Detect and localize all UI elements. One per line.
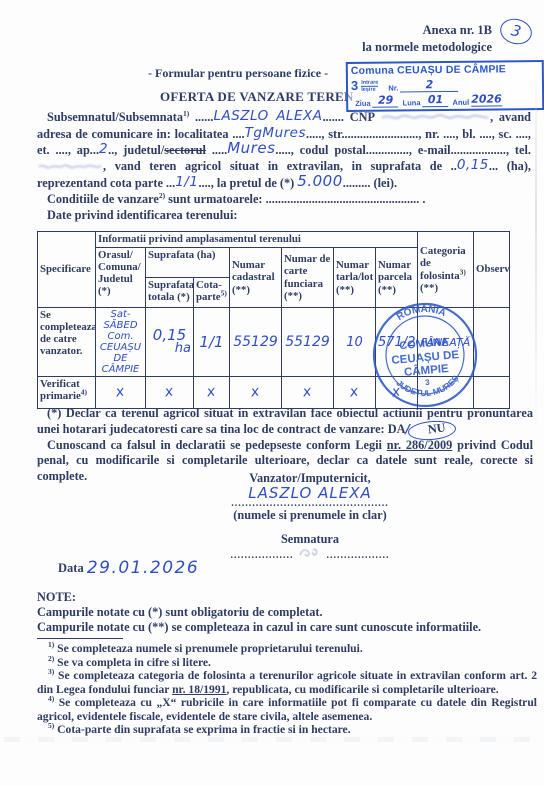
scan-artifact-right-edge <box>535 60 537 440</box>
apartment-handwritten: 2 <box>99 141 108 157</box>
registry-stamp-side-number: 3 <box>351 78 358 93</box>
registry-stamp-commune: Comuna CEUAȘU DE CÂMPIE <box>351 63 539 77</box>
dots: ..... <box>212 143 227 157</box>
col-header-cadastral: Numar cadastral (**) <box>230 248 282 308</box>
annex-line2: la normele metodologice <box>362 39 492 56</box>
seller-row-label: Se completeaza de catre vanzator. <box>38 308 96 377</box>
dots: ........................................… <box>120 500 500 508</box>
dots: .... <box>198 176 210 190</box>
registry-stamp-number-row: 3 Intrare Ieșire Nr. 2 <box>351 76 539 93</box>
cnp-redacted-scribble <box>380 111 490 125</box>
footnote-3: 3) Se completeaza categoria de folosinta… <box>37 669 537 696</box>
annex-number-handwritten: 3 <box>497 16 534 48</box>
col-header-suprafata: Suprafata (ha) <box>146 248 230 278</box>
col-header-specificare: Specificare <box>38 232 96 308</box>
col-header-categoria: Categoria de folosinta3) (**) <box>418 232 474 308</box>
footnote-ref-1: 1) <box>183 109 189 118</box>
dots: .................. <box>451 143 506 157</box>
cell-suprafata-value: 0,15 ha <box>146 308 194 377</box>
col-header-suprafata-totala: Suprafata totala (*) <box>146 278 194 308</box>
county-handwritten: Mures <box>227 139 275 157</box>
dots: ........................ <box>345 127 419 141</box>
intro-cod-postal: , codul postal <box>291 143 366 157</box>
footnote-5: 5) Cota-parte din suprafata se exprima i… <box>37 723 537 737</box>
intro-vand-teren: , vand teren agricol situat in extravila… <box>103 159 442 173</box>
registry-stamp-anul-label: Anul <box>452 98 469 107</box>
name-clar-label: (numele si prenumele in clar) <box>120 508 500 522</box>
intro-subsemnatul: Subsemnatul/Subsemnata <box>47 110 183 124</box>
scan-artifact-bottom-streak <box>4 737 540 742</box>
footnote-ref-4: 4) <box>81 387 87 396</box>
registry-stamp-luna-label: Luna <box>403 98 421 107</box>
date-label: Data <box>58 561 84 575</box>
intro-email: , e-mail <box>409 143 451 157</box>
notes-line2: Campurile notate cu (**) se completeaza … <box>37 621 531 635</box>
registry-stamp-anul-value: 2026 <box>471 92 502 105</box>
registry-stamp-ziua-label: Ziua <box>355 99 371 108</box>
semnatura-label: Semnatura <box>120 532 500 546</box>
notes-line1: Campurile notate cu (*) sunt obligatoriu… <box>37 606 531 620</box>
cnp-label: CNP <box>350 110 375 124</box>
conditions-line: Conditiile de vanzare2) sunt urmatoarele… <box>37 192 531 208</box>
intro-pret: , la pretul de (*) <box>211 176 294 190</box>
intro-paragraph: Subsemnatul/Subsemnata1) ......LASZLO AL… <box>37 110 531 192</box>
dots: .. <box>451 159 457 173</box>
footnote-ref-5: 5) <box>221 288 227 297</box>
seller-name-handwritten: LASZLO ALEXA <box>213 108 322 124</box>
dots: ..... <box>275 143 290 157</box>
check-cota: x <box>194 377 230 409</box>
share-handwritten: 1/1 <box>175 174 198 190</box>
notes-section: NOTE: Campurile notate cu (*) sunt oblig… <box>37 590 531 634</box>
registry-stamp-nr-label: Nr. <box>388 83 398 92</box>
footnote-2: 2) Se va completa in cifre si litere. <box>37 656 537 670</box>
footnote-ref-3: 3) <box>460 267 466 276</box>
conditions-label: Conditiile de vanzare <box>47 192 159 206</box>
registry-stamp-nr-value: 2 <box>425 78 433 91</box>
annex-line1: Anexa nr. 1B <box>362 22 492 39</box>
date-value-handwritten: 29.01.2026 <box>87 558 199 578</box>
intro-tel: , tel. <box>506 143 531 157</box>
cell-cota-value: 1/1 <box>194 308 230 377</box>
cell-cadastral-value: 55129 <box>230 308 282 377</box>
col-header-orasul: Orasul/ Comuna/ Judetul (*) <box>96 248 146 308</box>
check-orasul: x <box>96 377 146 409</box>
footnotes-section: 1) Se completeaza numele si prenumele pr… <box>37 642 537 737</box>
stamp-number: 3 <box>425 378 431 387</box>
check-carte-funciara: x <box>282 377 334 409</box>
price-handwritten: 5.000 <box>297 172 342 190</box>
check-suprafata: x <box>146 377 194 409</box>
verification-row-label: Verificat primarie4) <box>38 377 96 409</box>
intro-str: , str. <box>321 127 344 141</box>
dots: ... <box>166 176 175 190</box>
conditions-period: . <box>419 192 425 206</box>
footnote-separator <box>37 638 123 639</box>
da-option: DA <box>388 422 406 436</box>
intro-judetul: , judetul/ <box>114 143 164 157</box>
land-data-heading: Date privind identificarea terenului: <box>37 208 531 224</box>
phone-redacted-scribble <box>37 160 103 174</box>
seller-role-label: Vanzator/Imputernicit, <box>120 471 500 485</box>
footnote-4: 4) Se completeaza cu „X“ rubricile in ca… <box>37 696 537 723</box>
sectorul-struck: sectorul <box>164 143 206 157</box>
annex-heading: Anexa nr. 1B la normele metodologice <box>362 22 492 56</box>
dots: .............. <box>366 143 409 157</box>
form-type-label: - Formular pentru persoane fizice - <box>148 66 328 81</box>
signature-section: Vanzator/Imputernicit, LASZLO ALEXA ....… <box>120 471 500 560</box>
registry-stamp-ziua-value: 29 <box>378 94 393 107</box>
col-header-amplasament: Informatii privind amplasamentul terenul… <box>96 232 418 248</box>
check-cadastral: x <box>230 377 282 409</box>
intro-section: Subsemnatul/Subsemnata1) ......LASZLO AL… <box>37 110 531 223</box>
scanned-form-page: Anexa nr. 1B la normele metodologice 3 -… <box>0 0 544 786</box>
col-header-tarla: Numar tarla/lot (**) <box>334 248 376 308</box>
dots: ...... <box>195 110 213 124</box>
law-18-1991: nr. 18/1991 <box>172 683 226 696</box>
col-header-observatii: Observatii <box>474 232 510 308</box>
col-header-carte-funciara: Numar de carte funciara (**) <box>282 248 334 308</box>
commune-round-stamp: ROMÂNIA JUDEȚUL MUREȘ COMUNA CEUAȘU DE C… <box>366 296 483 413</box>
dots: ... <box>489 159 498 173</box>
notes-title: NOTE: <box>37 591 531 605</box>
registry-stamp-iesire: Ieșire <box>361 87 378 93</box>
registry-stamp-luna-value: 01 <box>428 93 443 106</box>
registry-entry-stamp: Comuna CEUAȘU DE CÂMPIE 3 Intrare Ieșire… <box>346 60 544 112</box>
registry-stamp-date-row: Ziua 29 Luna 01 Anul 2026 <box>351 92 539 108</box>
cell-orasul-value: Sat-SĂBED Com. CEUAȘU DE CÂMPIE <box>96 308 146 377</box>
cell-carte-funciara-value: 55129 <box>282 308 334 377</box>
dots: ........................................… <box>266 192 420 206</box>
check-tarla: x <box>334 377 376 409</box>
date-line: Data 29.01.2026 <box>58 557 199 577</box>
declaration-line: (*) Declar ca terenul agricol situat in … <box>37 406 533 438</box>
col-header-cota-parte: Cota-parte5) <box>194 278 230 308</box>
signature-scribble <box>297 550 323 561</box>
footnote-1: 1) Se completeaza numele si prenumele pr… <box>37 642 537 656</box>
intro-lei: (lei). <box>374 176 398 190</box>
surface-handwritten: 0,15 <box>457 157 489 173</box>
dots: ..... <box>306 127 321 141</box>
registry-stamp-inout: Intrare Ieșire <box>361 80 378 93</box>
col-header-parcela: Numar parcela (**) <box>376 248 418 308</box>
form-title: OFERTA DE VANZARE TEREN <box>160 89 354 105</box>
dots: ......... <box>343 176 371 190</box>
dots: ....... <box>322 110 344 124</box>
conditions-label2: sunt urmatoarele: <box>165 192 266 206</box>
